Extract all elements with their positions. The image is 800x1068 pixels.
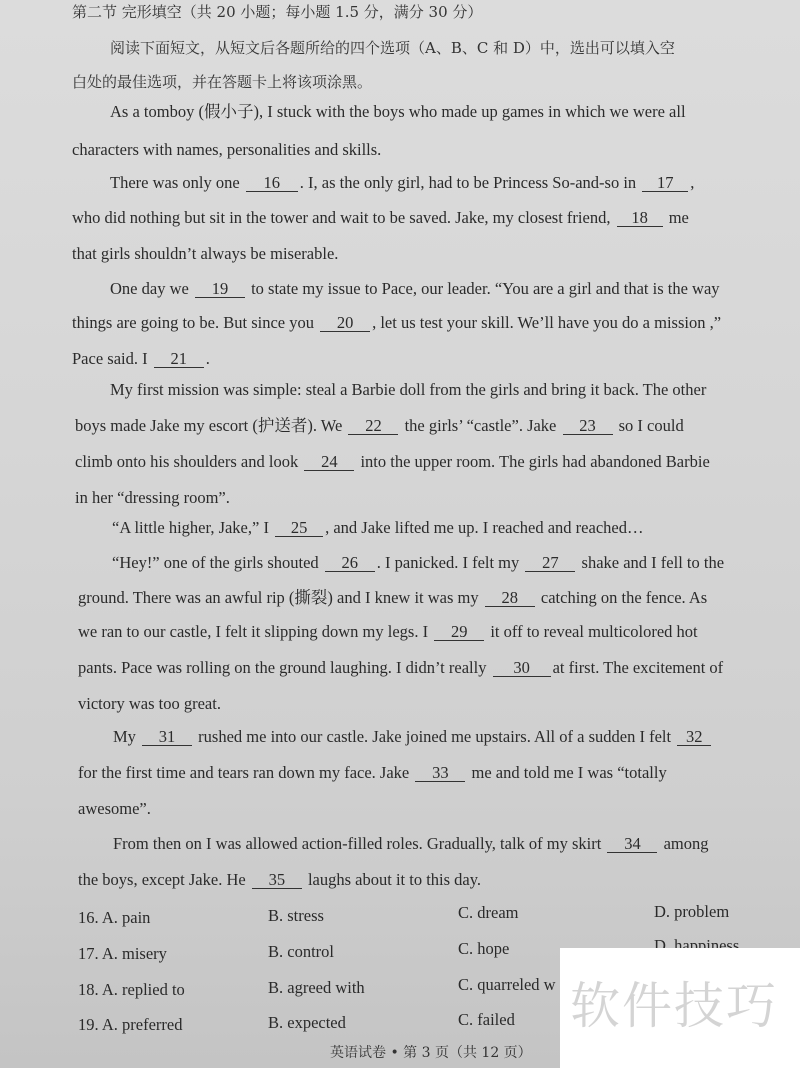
text: As a tomboy (假小子), I stuck with the boys… [110, 102, 686, 122]
text: , [690, 173, 694, 192]
blank-21[interactable]: 21 [154, 350, 204, 368]
text: pants. Pace was rolling on the ground la… [78, 658, 486, 677]
text: Pace said. I [72, 349, 148, 368]
text: the boys, except Jake. He [78, 870, 246, 889]
watermark-box: 软件技巧 [560, 948, 800, 1068]
text: There was only one [110, 173, 240, 192]
blank-22[interactable]: 22 [348, 417, 398, 435]
blank-34[interactable]: 34 [607, 835, 657, 853]
passage-p4-line-1: My first mission was simple: steal a Bar… [110, 380, 706, 400]
passage-p2-line-3: that girls shouldn’t always be miserable… [72, 244, 338, 264]
text: rushed me into our castle. Jake joined m… [198, 727, 671, 746]
option-18-a[interactable]: 18. A. replied to [78, 980, 185, 1000]
blank-26[interactable]: 26 [325, 554, 375, 572]
blank-30[interactable]: 30 [493, 659, 551, 677]
text: . I panicked. I felt my [377, 553, 520, 572]
passage-p4-line-3: climb onto his shoulders and look 24 int… [75, 452, 710, 472]
text: ground. There was an awful rip (撕裂) and … [78, 588, 479, 607]
passage-p6-line-3: we ran to our castle, I felt it slipping… [78, 622, 698, 642]
text: My [113, 727, 136, 746]
blank-33[interactable]: 33 [415, 764, 465, 782]
text: catching on the fence. As [541, 588, 707, 607]
blank-35[interactable]: 35 [252, 871, 302, 889]
passage-p3-line-1: One day we 19 to state my issue to Pace,… [110, 279, 720, 299]
passage-p6-line-1: “Hey!” one of the girls shouted 26. I pa… [112, 553, 724, 573]
blank-31[interactable]: 31 [142, 728, 192, 746]
option-16-c[interactable]: C. dream [458, 903, 518, 923]
exam-page: 第二节 完形填空（共 20 小题；每小题 1.5 分，满分 30 分） 阅读下面… [0, 0, 800, 1068]
text: we ran to our castle, I felt it slipping… [78, 622, 428, 641]
option-18-c[interactable]: C. quarreled w [458, 975, 556, 995]
text: me and told me I was “totally [472, 763, 667, 782]
text: among [664, 834, 709, 853]
text: things are going to be. But since you [72, 313, 314, 332]
text: to state my issue to Pace, our leader. “… [251, 279, 719, 298]
blank-29[interactable]: 29 [434, 623, 484, 641]
passage-p4-line-2: boys made Jake my escort (护送者). We 22 th… [75, 416, 684, 436]
text: . [206, 349, 210, 368]
blank-24[interactable]: 24 [304, 453, 354, 471]
blank-19[interactable]: 19 [195, 280, 245, 298]
passage-p5-line-1: “A little higher, Jake,” I 25, and Jake … [112, 518, 643, 538]
passage-p7-line-2: for the first time and tears ran down my… [78, 763, 667, 783]
passage-p2-line-2: who did nothing but sit in the tower and… [72, 208, 689, 228]
passage-p7-line-3: awesome”. [78, 799, 151, 819]
blank-16[interactable]: 16 [246, 174, 298, 192]
text: One day we [110, 279, 189, 298]
text: who did nothing but sit in the tower and… [72, 208, 610, 227]
text: me [669, 208, 689, 227]
question-16-options: 16. A. pain B. stress C. dream D. proble… [76, 906, 776, 928]
option-16-d[interactable]: D. problem [654, 902, 729, 922]
blank-20[interactable]: 20 [320, 314, 370, 332]
text: “A little higher, Jake,” I [112, 518, 269, 537]
text: into the upper room. The girls had aband… [360, 452, 709, 471]
watermark-text: 软件技巧 [570, 966, 778, 1038]
passage-p6-line-2: ground. There was an awful rip (撕裂) and … [78, 588, 707, 608]
text: boys made Jake my escort (护送者). We [75, 416, 342, 435]
passage-p2-line-1: There was only one 16. I, as the only gi… [110, 173, 694, 193]
text: From then on I was allowed action-filled… [113, 834, 601, 853]
passage-p4-line-4: in her “dressing room”. [75, 488, 230, 508]
instructions-line-2: 白处的最佳选项，并在答题卡上将该项涂黑。 [72, 72, 372, 92]
passage-p3-line-3: Pace said. I 21. [72, 349, 210, 369]
option-19-a[interactable]: 19. A. preferred [78, 1015, 182, 1035]
option-17-c[interactable]: C. hope [458, 939, 509, 959]
page-footer: 英语试卷 • 第 3 页（共 12 页） [330, 1042, 532, 1062]
option-19-b[interactable]: B. expected [268, 1013, 346, 1033]
passage-p1-line-1: As a tomboy (假小子), I stuck with the boys… [110, 102, 776, 122]
passage-p6-line-4: pants. Pace was rolling on the ground la… [78, 658, 723, 678]
blank-32[interactable]: 32 [677, 728, 711, 746]
text: shake and I fell to the [582, 553, 725, 572]
text: at first. The excitement of [553, 658, 724, 677]
text: . I, as the only girl, had to be Princes… [300, 173, 636, 192]
blank-23[interactable]: 23 [563, 417, 613, 435]
passage-p8-line-1: From then on I was allowed action-filled… [113, 834, 709, 854]
text: climb onto his shoulders and look [75, 452, 298, 471]
passage-p3-line-2: things are going to be. But since you 20… [72, 313, 721, 333]
text: for the first time and tears ran down my… [78, 763, 409, 782]
text: it off to reveal multicolored hot [490, 622, 697, 641]
text: , and Jake lifted me up. I reached and r… [325, 518, 643, 537]
blank-25[interactable]: 25 [275, 519, 323, 537]
passage-p1-line-2: characters with names, personalities and… [72, 140, 381, 160]
option-16-a[interactable]: 16. A. pain [78, 908, 150, 928]
passage-p7-line-1: My 31 rushed me into our castle. Jake jo… [113, 727, 713, 747]
blank-18[interactable]: 18 [617, 209, 663, 227]
blank-27[interactable]: 27 [525, 554, 575, 572]
blank-17[interactable]: 17 [642, 174, 688, 192]
section-heading: 第二节 完形填空（共 20 小题；每小题 1.5 分，满分 30 分） [72, 2, 482, 22]
instructions-line-1: 阅读下面短文，从短文后各题所给的四个选项（A、B、C 和 D）中，选出可以填入空 [110, 38, 675, 58]
passage-p6-line-5: victory was too great. [78, 694, 221, 714]
option-17-b[interactable]: B. control [268, 942, 334, 962]
option-19-c[interactable]: C. failed [458, 1010, 515, 1030]
text: laughs about it to this day. [308, 870, 481, 889]
text: so I could [619, 416, 684, 435]
blank-28[interactable]: 28 [485, 589, 535, 607]
passage-p8-line-2: the boys, except Jake. He 35 laughs abou… [78, 870, 481, 890]
text: the girls’ “castle”. Jake [405, 416, 557, 435]
text: , let us test your skill. We’ll have you… [372, 313, 721, 332]
option-16-b[interactable]: B. stress [268, 906, 324, 926]
option-17-a[interactable]: 17. A. misery [78, 944, 167, 964]
text: “Hey!” one of the girls shouted [112, 553, 319, 572]
option-18-b[interactable]: B. agreed with [268, 978, 365, 998]
